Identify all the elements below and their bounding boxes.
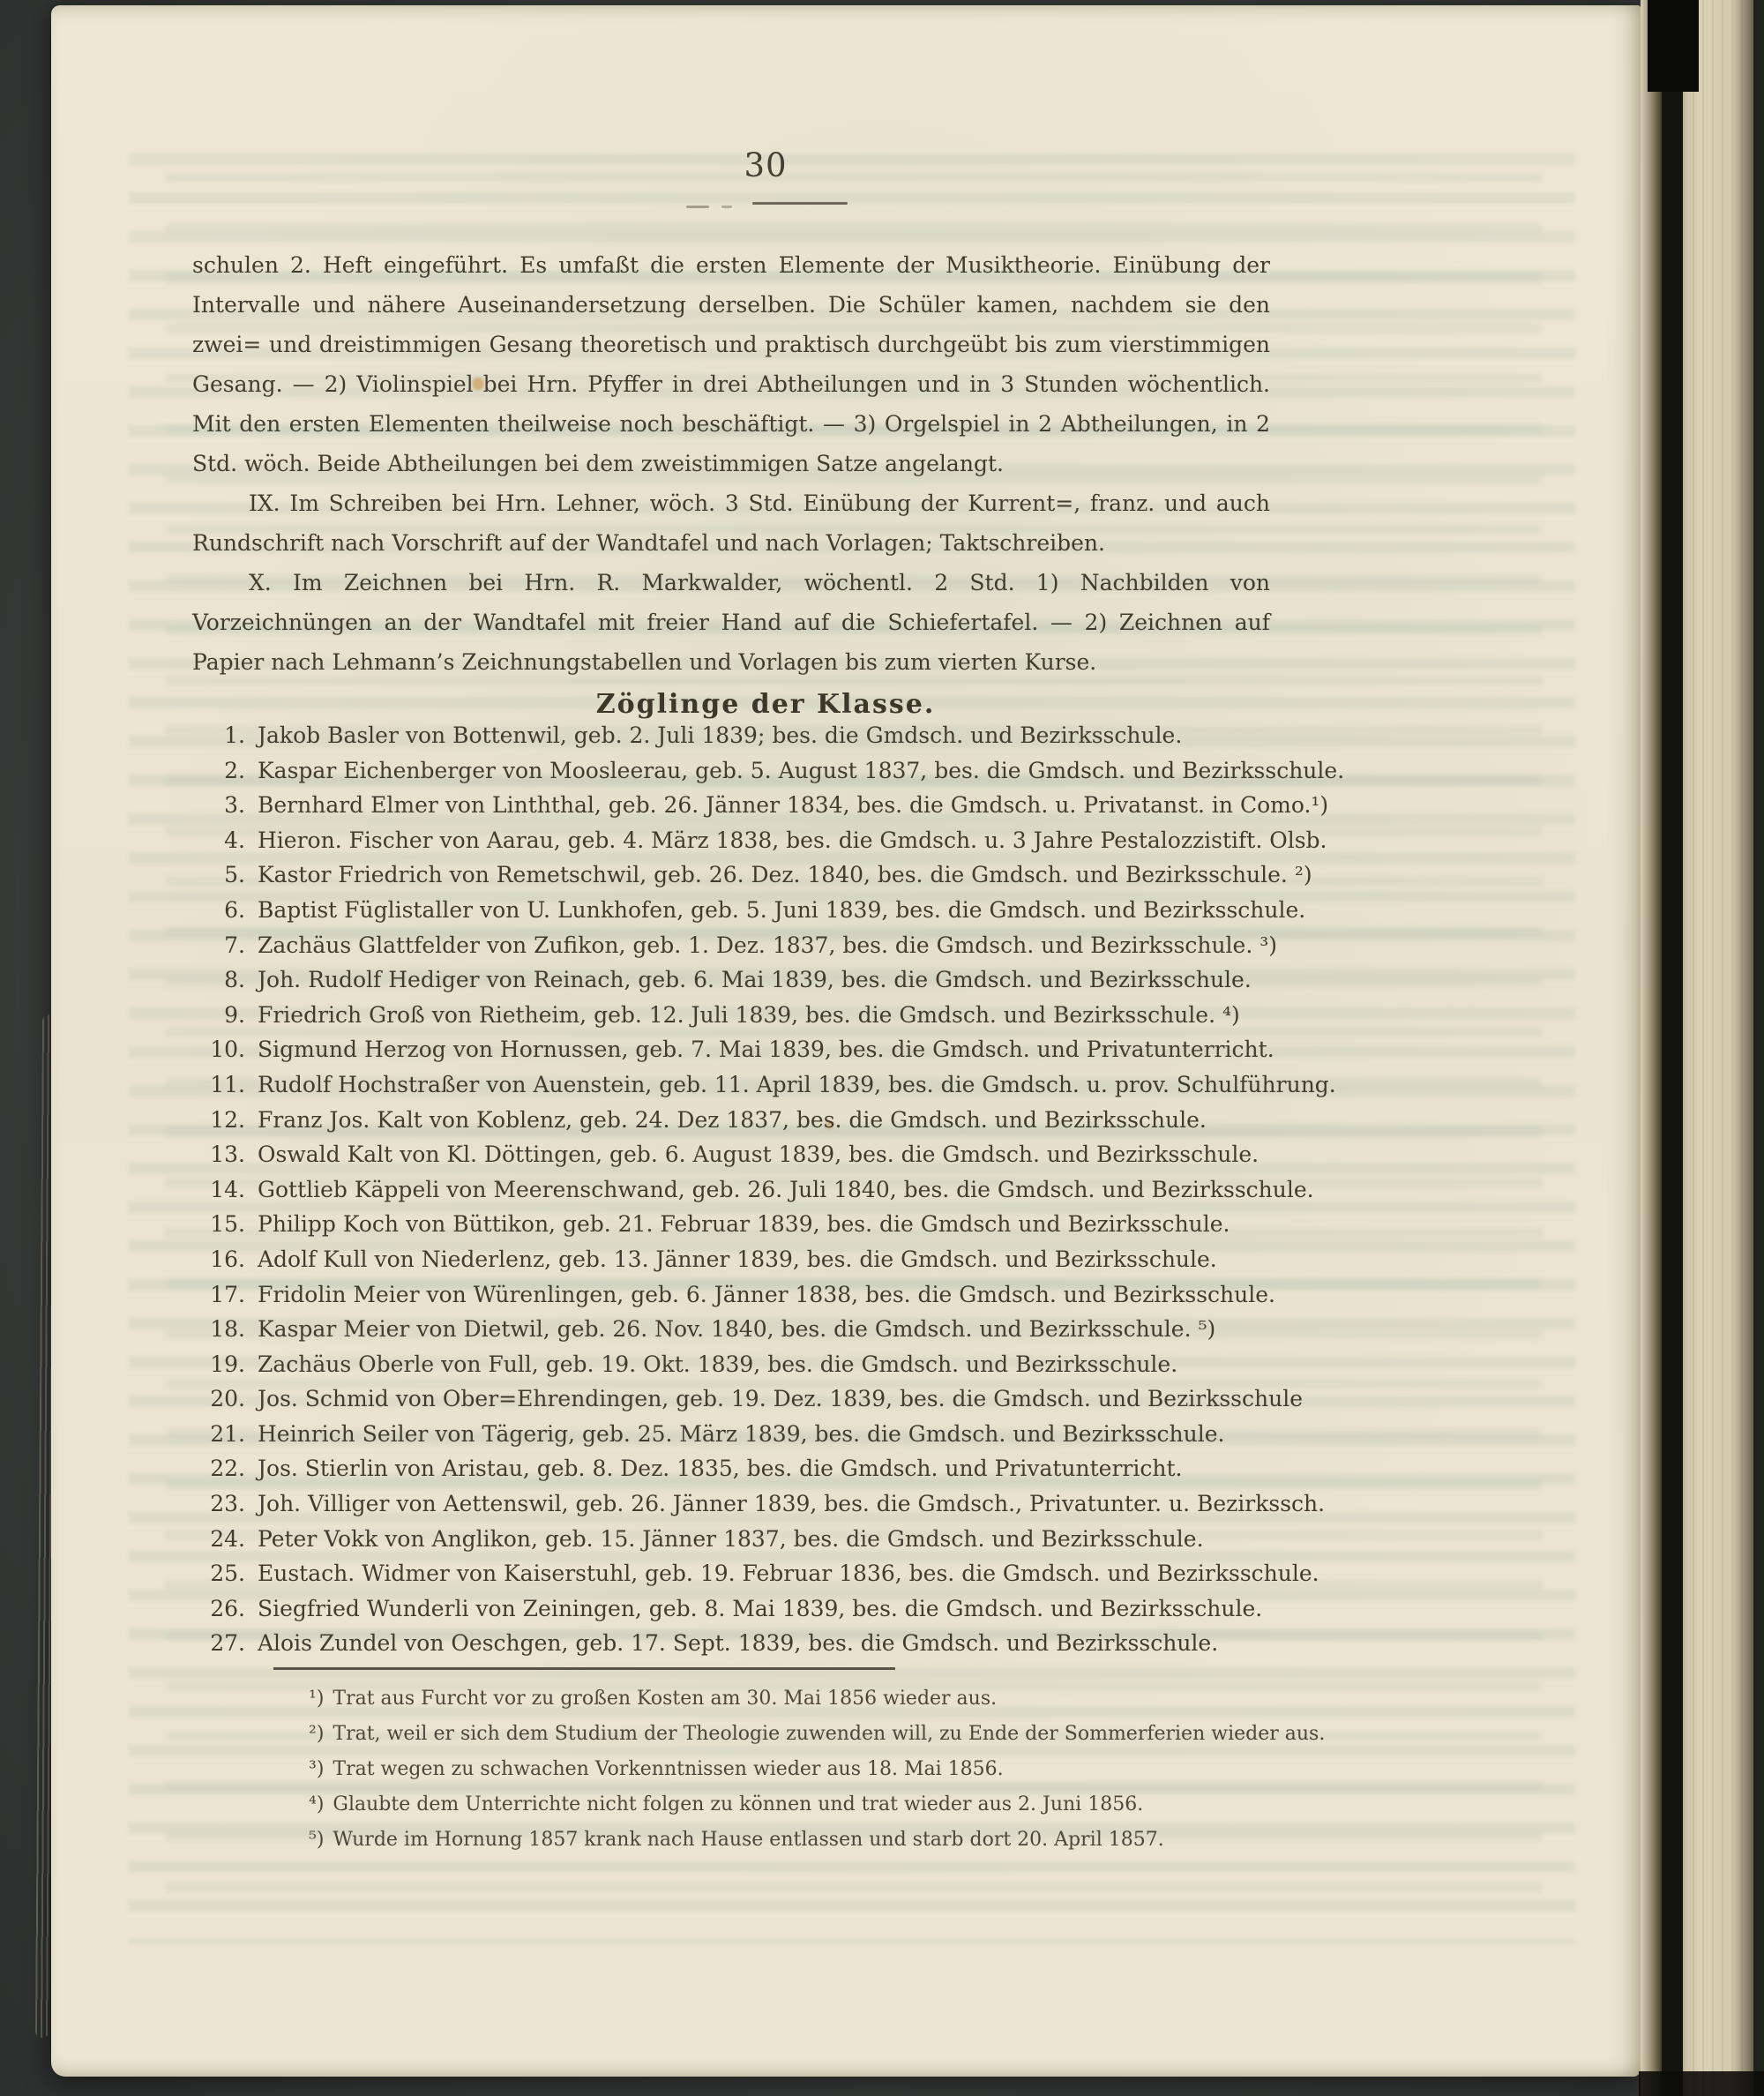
roster-entry: Friedrich Groß von Rietheim, geb. 12. Ju… (258, 998, 1240, 1033)
roster-row: 14. Gottlieb Käppeli von Meerenschwand, … (175, 1172, 1612, 1208)
roster-entry: Eustach. Widmer von Kaiserstuhl, geb. 19… (258, 1556, 1319, 1591)
roster-number: 1. (175, 718, 258, 753)
roster-row: 13. Oswald Kalt von Kl. Döttingen, geb. … (175, 1137, 1612, 1172)
footnote-text: Trat wegen zu schwachen Vorkenntnissen w… (333, 1752, 1003, 1787)
roster-row: 9. Friedrich Groß von Rietheim, geb. 12.… (175, 998, 1612, 1033)
roster-entry: Kaspar Meier von Dietwil, geb. 26. Nov. … (258, 1312, 1215, 1347)
roster-entry: Rudolf Hochstraßer von Auenstein, geb. 1… (258, 1067, 1336, 1103)
next-page-edge-lines (1683, 0, 1753, 2096)
right-border-shadow (1753, 0, 1764, 2096)
roster-entry: Oswald Kalt von Kl. Döttingen, geb. 6. A… (258, 1137, 1259, 1172)
roster-number: 17. (175, 1277, 258, 1313)
page-number: 30 (192, 146, 1339, 184)
roster-row: 19. Zachäus Oberle von Full, geb. 19. Ok… (175, 1347, 1612, 1382)
roster-number: 3. (175, 788, 258, 823)
scanned-book-photo: 30 schulen 2. Heft eingeführt. Es umfaßt… (0, 0, 1764, 2096)
roster-row: 10. Sigmund Herzog von Hornussen, geb. 7… (175, 1032, 1612, 1067)
roster-number: 5. (175, 857, 258, 893)
footnote-text: Wurde im Hornung 1857 krank nach Hause e… (333, 1823, 1163, 1858)
footnote: ¹) Trat aus Furcht vor zu großen Kosten … (309, 1681, 1570, 1717)
roster-number: 6. (175, 893, 258, 928)
footnote-text: Trat aus Furcht vor zu großen Kosten am … (333, 1681, 997, 1717)
paragraph-music-continued: schulen 2. Heft eingeführt. Es umfaßt di… (192, 245, 1270, 483)
roster-number: 26. (175, 1591, 258, 1627)
roster-number: 11. (175, 1067, 258, 1103)
roster-row: 1. Jakob Basler von Bottenwil, geb. 2. J… (175, 718, 1612, 753)
roster-number: 14. (175, 1172, 258, 1208)
footnote: ²) Trat, weil er sich dem Studium der Th… (309, 1717, 1570, 1752)
roster-number: 20. (175, 1381, 258, 1417)
roster-entry: Hieron. Fischer von Aarau, geb. 4. März … (258, 823, 1327, 858)
roster-row: 11. Rudolf Hochstraßer von Auenstein, ge… (175, 1067, 1612, 1103)
roster-row: 16. Adolf Kull von Niederlenz, geb. 13. … (175, 1242, 1612, 1277)
roster-number: 16. (175, 1242, 258, 1277)
roster-number: 15. (175, 1207, 258, 1242)
roster-number: 8. (175, 962, 258, 998)
roster-row: 18. Kaspar Meier von Dietwil, geb. 26. N… (175, 1312, 1612, 1347)
roster-row: 27. Alois Zundel von Oeschgen, geb. 17. … (175, 1626, 1612, 1661)
roster-number: 2. (175, 753, 258, 789)
footnote-marker: ⁵) (309, 1823, 333, 1858)
roster-number: 19. (175, 1347, 258, 1382)
footnote-marker: ¹) (309, 1681, 333, 1717)
footnotes: ¹) Trat aus Furcht vor zu großen Kosten … (309, 1681, 1570, 1858)
roster-entry: Jos. Stierlin von Aristau, geb. 8. Dez. … (258, 1451, 1182, 1486)
roster-entry: Bernhard Elmer von Linththal, geb. 26. J… (258, 788, 1328, 823)
roster-row: 24. Peter Vokk von Anglikon, geb. 15. Jä… (175, 1522, 1612, 1557)
roster-number: 10. (175, 1032, 258, 1067)
gutter-top-dark-block (1648, 0, 1699, 92)
roster-entry: Kaspar Eichenberger von Moosleerau, geb.… (258, 753, 1344, 789)
roster-number: 25. (175, 1556, 258, 1591)
roster-entry: Peter Vokk von Anglikon, geb. 15. Jänner… (258, 1522, 1204, 1557)
roster-number: 4. (175, 823, 258, 858)
roster-entry: Gottlieb Käppeli von Meerenschwand, geb.… (258, 1172, 1314, 1208)
roster-row: 6. Baptist Füglistaller von U. Lunkhofen… (175, 893, 1612, 928)
footnote-marker: ³) (309, 1752, 333, 1787)
student-roster: 1. Jakob Basler von Bottenwil, geb. 2. J… (175, 718, 1612, 1661)
footnote: ⁴) Glaubte dem Unterrichte nicht folgen … (309, 1787, 1570, 1823)
paragraph-x-zeichnen: X. Im Zeichnen bei Hrn. R. Markwalder, w… (192, 563, 1270, 682)
book-gutter-gap (1662, 0, 1683, 2096)
roster-number: 13. (175, 1137, 258, 1172)
roster-entry: Joh. Villiger von Aettenswil, geb. 26. J… (258, 1486, 1325, 1522)
roster-entry: Fridolin Meier von Würenlingen, geb. 6. … (258, 1277, 1275, 1313)
roster-entry: Philipp Koch von Büttikon, geb. 21. Febr… (258, 1207, 1230, 1242)
roster-entry: Heinrich Seiler von Tägerig, geb. 25. Mä… (258, 1417, 1224, 1452)
roster-number: 23. (175, 1486, 258, 1522)
roster-row: 22. Jos. Stierlin von Aristau, geb. 8. D… (175, 1451, 1612, 1486)
roster-number: 7. (175, 928, 258, 963)
page-number-dash (721, 206, 732, 208)
roster-entry: Joh. Rudolf Hediger von Reinach, geb. 6.… (258, 962, 1252, 998)
footnote: ⁵) Wurde im Hornung 1857 krank nach Haus… (309, 1823, 1570, 1858)
roster-row: 21. Heinrich Seiler von Tägerig, geb. 25… (175, 1417, 1612, 1452)
roster-row: 7. Zachäus Glattfelder von Zufikon, geb.… (175, 928, 1612, 963)
roster-row: 26. Siegfried Wunderli von Zeiningen, ge… (175, 1591, 1612, 1627)
footnote-separator-rule (273, 1667, 895, 1670)
roster-row: 20. Jos. Schmid von Ober=Ehrendingen, ge… (175, 1381, 1612, 1417)
roster-number: 22. (175, 1451, 258, 1486)
roster-row: 25. Eustach. Widmer von Kaiserstuhl, geb… (175, 1556, 1612, 1591)
roster-entry: Sigmund Herzog von Hornussen, geb. 7. Ma… (258, 1032, 1274, 1067)
roster-row: 17. Fridolin Meier von Würenlingen, geb.… (175, 1277, 1612, 1313)
roster-entry: Adolf Kull von Niederlenz, geb. 13. Jänn… (258, 1242, 1217, 1277)
body-text: schulen 2. Heft eingeführt. Es umfaßt di… (192, 245, 1270, 682)
roster-row: 15. Philipp Koch von Büttikon, geb. 21. … (175, 1207, 1612, 1242)
roster-entry: Zachäus Oberle von Full, geb. 19. Okt. 1… (258, 1347, 1177, 1382)
roster-row: 8. Joh. Rudolf Hediger von Reinach, geb.… (175, 962, 1612, 998)
roster-number: 27. (175, 1626, 258, 1661)
page-right-roll-shadow (1641, 0, 1662, 2096)
page-number-dash (686, 206, 709, 208)
roster-row: 3. Bernhard Elmer von Linththal, geb. 26… (175, 788, 1612, 823)
footnote-text: Trat, weil er sich dem Studium der Theol… (333, 1717, 1325, 1752)
roster-entry: Jos. Schmid von Ober=Ehrendingen, geb. 1… (258, 1381, 1303, 1417)
footnote: ³) Trat wegen zu schwachen Vorkenntnisse… (309, 1752, 1570, 1787)
gutter-bottom-shade (1639, 2071, 1764, 2096)
roster-number: 24. (175, 1522, 258, 1557)
roster-entry: Kastor Friedrich von Remetschwil, geb. 2… (258, 857, 1312, 893)
roster-number: 12. (175, 1103, 258, 1138)
section-heading: Zöglinge der Klasse. (192, 689, 1339, 720)
roster-row: 23. Joh. Villiger von Aettenswil, geb. 2… (175, 1486, 1612, 1522)
book-page: 30 schulen 2. Heft eingeführt. Es umfaßt… (51, 5, 1641, 2077)
roster-entry: Zachäus Glattfelder von Zufikon, geb. 1.… (258, 928, 1277, 963)
footnote-text: Glaubte dem Unterrichte nicht folgen zu … (333, 1787, 1143, 1823)
roster-entry: Jakob Basler von Bottenwil, geb. 2. Juli… (258, 718, 1182, 753)
roster-number: 9. (175, 998, 258, 1033)
roster-number: 18. (175, 1312, 258, 1347)
roster-row: 4. Hieron. Fischer von Aarau, geb. 4. Mä… (175, 823, 1612, 858)
roster-row: 5. Kastor Friedrich von Remetschwil, geb… (175, 857, 1612, 893)
paragraph-ix-schreiben: IX. Im Schreiben bei Hrn. Lehner, wöch. … (192, 483, 1270, 563)
roster-entry: Baptist Füglistaller von U. Lunkhofen, g… (258, 893, 1305, 928)
roster-number: 21. (175, 1417, 258, 1452)
footnote-marker: ²) (309, 1717, 333, 1752)
footnote-marker: ⁴) (309, 1787, 333, 1823)
page-number-rule (752, 202, 848, 205)
roster-entry: Siegfried Wunderli von Zeiningen, geb. 8… (258, 1591, 1262, 1627)
roster-entry: Alois Zundel von Oeschgen, geb. 17. Sept… (258, 1626, 1218, 1661)
roster-row: 2. Kaspar Eichenberger von Moosleerau, g… (175, 753, 1612, 789)
roster-entry: Franz Jos. Kalt von Koblenz, geb. 24. De… (258, 1103, 1207, 1138)
roster-row: 12. Franz Jos. Kalt von Koblenz, geb. 24… (175, 1103, 1612, 1138)
